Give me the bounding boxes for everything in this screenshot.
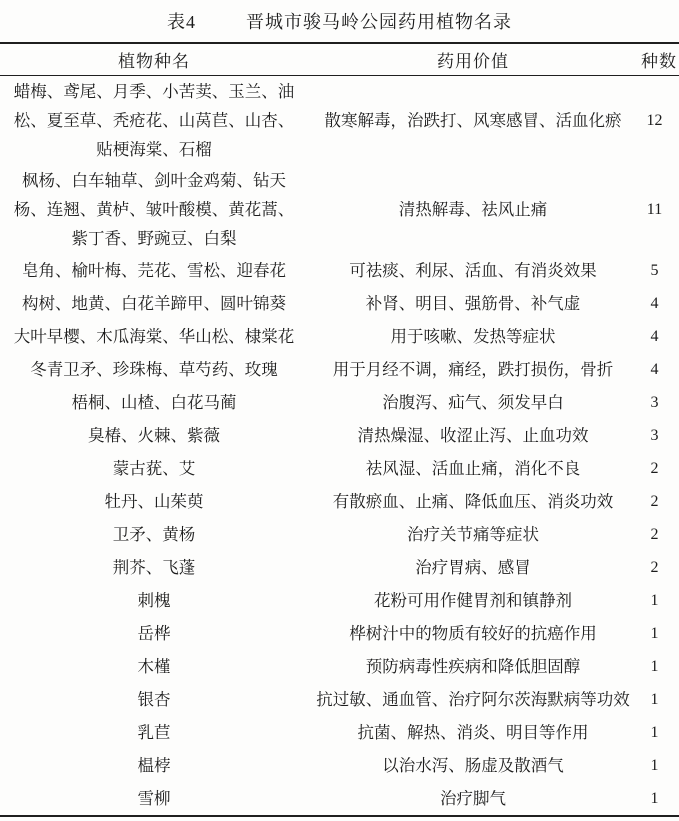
table-row: 榅桲以治水泻、肠虚及散酒气1 xyxy=(0,749,679,782)
species-cell: 蒙古莸、艾 xyxy=(0,452,308,485)
count-cell: 12 xyxy=(638,76,679,166)
table-row: 臭椿、火棘、紫薇清热燥湿、收涩止泻、止血功效3 xyxy=(0,419,679,452)
count-cell: 1 xyxy=(638,683,679,716)
column-header-value: 药用价值 xyxy=(308,43,638,76)
table-row: 大叶早樱、木瓜海棠、华山松、棣棠花用于咳嗽、发热等症状4 xyxy=(0,320,679,353)
value-cell: 用于月经不调，痛经，跌打损伤，骨折 xyxy=(308,353,638,386)
table-row: 岳桦桦树汁中的物质有较好的抗癌作用1 xyxy=(0,617,679,650)
value-cell: 以治水泻、肠虚及散酒气 xyxy=(308,749,638,782)
table-row: 银杏抗过敏、通血管、治疗阿尔茨海默病等功效1 xyxy=(0,683,679,716)
table-row: 冬青卫矛、珍珠梅、草芍药、玫瑰用于月经不调，痛经，跌打损伤，骨折4 xyxy=(0,353,679,386)
count-cell: 1 xyxy=(638,716,679,749)
table-row: 荆芥、飞蓬治疗胃病、感冒2 xyxy=(0,551,679,584)
species-cell: 臭椿、火棘、紫薇 xyxy=(0,419,308,452)
species-cell: 皂角、榆叶梅、芫花、雪松、迎春花 xyxy=(0,254,308,287)
species-cell: 雪柳 xyxy=(0,782,308,816)
species-cell: 银杏 xyxy=(0,683,308,716)
count-cell: 2 xyxy=(638,485,679,518)
species-cell: 木槿 xyxy=(0,650,308,683)
value-cell: 可祛痰、利尿、活血、有消炎效果 xyxy=(308,254,638,287)
species-cell: 榅桲 xyxy=(0,749,308,782)
count-cell: 4 xyxy=(638,287,679,320)
species-cell: 牡丹、山茱萸 xyxy=(0,485,308,518)
table-caption: 表4 晋城市骏马岭公园药用植物名录 xyxy=(0,0,679,42)
medicinal-plants-table: 植物种名 药用价值 种数 蜡梅、鸢尾、月季、小苦荬、玉兰、油松、夏至草、秃疮花、… xyxy=(0,42,679,817)
count-cell: 3 xyxy=(638,386,679,419)
value-cell: 用于咳嗽、发热等症状 xyxy=(308,320,638,353)
value-cell: 桦树汁中的物质有较好的抗癌作用 xyxy=(308,617,638,650)
table-row: 蜡梅、鸢尾、月季、小苦荬、玉兰、油松、夏至草、秃疮花、山莴苣、山杏、贴梗海棠、石… xyxy=(0,76,679,166)
count-cell: 1 xyxy=(638,584,679,617)
count-cell: 2 xyxy=(638,551,679,584)
count-cell: 11 xyxy=(638,165,679,254)
value-cell: 有散瘀血、止痛、降低血压、消炎功效 xyxy=(308,485,638,518)
value-cell: 治疗脚气 xyxy=(308,782,638,816)
count-cell: 1 xyxy=(638,749,679,782)
value-cell: 祛风湿、活血止痛，消化不良 xyxy=(308,452,638,485)
table-body: 蜡梅、鸢尾、月季、小苦荬、玉兰、油松、夏至草、秃疮花、山莴苣、山杏、贴梗海棠、石… xyxy=(0,76,679,817)
value-cell: 补肾、明目、强筋骨、补气虚 xyxy=(308,287,638,320)
table-row: 卫矛、黄杨治疗关节痛等症状2 xyxy=(0,518,679,551)
header-row: 植物种名 药用价值 种数 xyxy=(0,43,679,76)
paper-table-page: 表4 晋城市骏马岭公园药用植物名录 植物种名 药用价值 种数 蜡梅、鸢尾、月季、… xyxy=(0,0,679,821)
species-cell: 卫矛、黄杨 xyxy=(0,518,308,551)
table-caption-label: 表4 xyxy=(167,8,196,34)
value-cell: 清热解毒、祛风止痛 xyxy=(308,165,638,254)
species-cell: 荆芥、飞蓬 xyxy=(0,551,308,584)
species-cell: 梧桐、山楂、白花马蔺 xyxy=(0,386,308,419)
count-cell: 5 xyxy=(638,254,679,287)
species-cell: 冬青卫矛、珍珠梅、草芍药、玫瑰 xyxy=(0,353,308,386)
count-cell: 4 xyxy=(638,320,679,353)
table-row: 乳苣抗菌、解热、消炎、明目等作用1 xyxy=(0,716,679,749)
value-cell: 预防病毒性疾病和降低胆固醇 xyxy=(308,650,638,683)
table-caption-title: 晋城市骏马岭公园药用植物名录 xyxy=(246,8,512,34)
species-cell: 乳苣 xyxy=(0,716,308,749)
table-row: 枫杨、白车轴草、剑叶金鸡菊、钻天杨、连翘、黄栌、皱叶酸模、黄花蒿、紫丁香、野豌豆… xyxy=(0,165,679,254)
value-cell: 治疗关节痛等症状 xyxy=(308,518,638,551)
count-cell: 3 xyxy=(638,419,679,452)
value-cell: 花粉可用作健胃剂和镇静剂 xyxy=(308,584,638,617)
species-cell: 大叶早樱、木瓜海棠、华山松、棣棠花 xyxy=(0,320,308,353)
table-row: 木槿预防病毒性疾病和降低胆固醇1 xyxy=(0,650,679,683)
column-header-species: 植物种名 xyxy=(0,43,308,76)
table-row: 蒙古莸、艾祛风湿、活血止痛，消化不良2 xyxy=(0,452,679,485)
species-cell: 岳桦 xyxy=(0,617,308,650)
count-cell: 2 xyxy=(638,452,679,485)
value-cell: 散寒解毒，治跌打、风寒感冒、活血化瘀 xyxy=(308,76,638,166)
column-header-count: 种数 xyxy=(638,43,679,76)
value-cell: 抗过敏、通血管、治疗阿尔茨海默病等功效 xyxy=(308,683,638,716)
table-row: 皂角、榆叶梅、芫花、雪松、迎春花可祛痰、利尿、活血、有消炎效果5 xyxy=(0,254,679,287)
count-cell: 1 xyxy=(638,782,679,816)
value-cell: 治腹泻、疝气、须发早白 xyxy=(308,386,638,419)
count-cell: 2 xyxy=(638,518,679,551)
table-row: 构树、地黄、白花羊蹄甲、圆叶锦葵补肾、明目、强筋骨、补气虚4 xyxy=(0,287,679,320)
table-row: 雪柳治疗脚气1 xyxy=(0,782,679,816)
species-cell: 刺槐 xyxy=(0,584,308,617)
table-row: 梧桐、山楂、白花马蔺治腹泻、疝气、须发早白3 xyxy=(0,386,679,419)
table-row: 牡丹、山茱萸有散瘀血、止痛、降低血压、消炎功效2 xyxy=(0,485,679,518)
species-cell: 枫杨、白车轴草、剑叶金鸡菊、钻天杨、连翘、黄栌、皱叶酸模、黄花蒿、紫丁香、野豌豆… xyxy=(0,165,308,254)
count-cell: 1 xyxy=(638,617,679,650)
species-cell: 蜡梅、鸢尾、月季、小苦荬、玉兰、油松、夏至草、秃疮花、山莴苣、山杏、贴梗海棠、石… xyxy=(0,76,308,166)
count-cell: 4 xyxy=(638,353,679,386)
species-cell: 构树、地黄、白花羊蹄甲、圆叶锦葵 xyxy=(0,287,308,320)
table-row: 刺槐花粉可用作健胃剂和镇静剂1 xyxy=(0,584,679,617)
value-cell: 治疗胃病、感冒 xyxy=(308,551,638,584)
table-header: 植物种名 药用价值 种数 xyxy=(0,43,679,76)
count-cell: 1 xyxy=(638,650,679,683)
value-cell: 抗菌、解热、消炎、明目等作用 xyxy=(308,716,638,749)
value-cell: 清热燥湿、收涩止泻、止血功效 xyxy=(308,419,638,452)
